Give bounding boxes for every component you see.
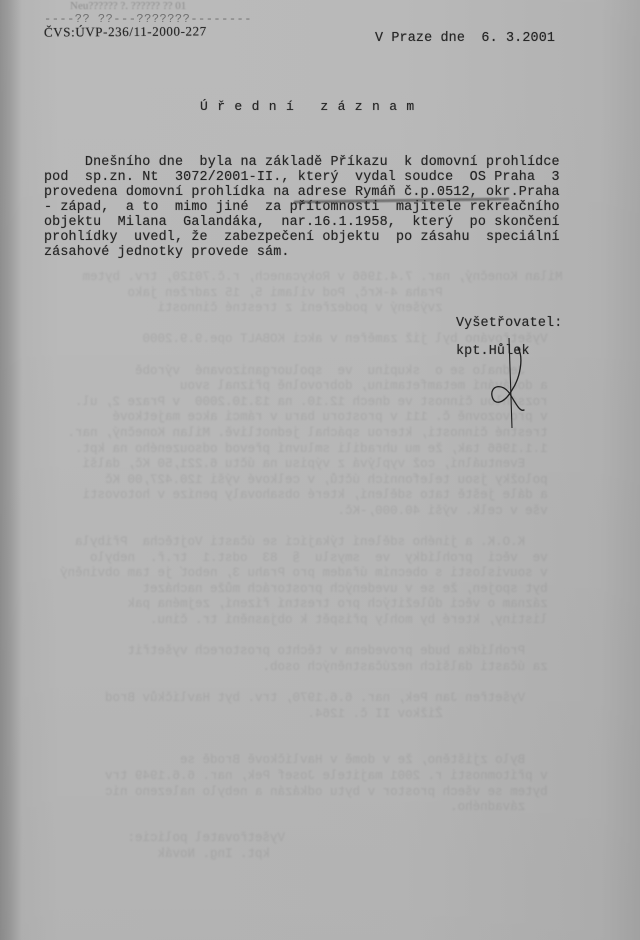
document-page: Milan Konečný, nar. 7.4.1966 v Rokycanec… [0, 0, 640, 940]
body-line: objektu Milana Galandáka, nar.16.1.1958,… [44, 215, 560, 231]
body-line: Dnešního dne byla na základě Příkazu k d… [44, 155, 560, 171]
body-line: zásahové jednotky provede sám. [44, 245, 290, 261]
body-line: prohlídky uvedl, že zabezpečení objektu … [44, 230, 560, 246]
reference-number: ČVS:ÚVP-236/11-2000-227 [44, 23, 207, 40]
handwritten-signature-icon [482, 338, 542, 428]
header-stamp: Neu?????? ?. ?????? ?? 01 [70, 0, 186, 12]
signature-role: Vyšetřovatel: [456, 316, 562, 332]
document-title: Úřední záznam [200, 99, 424, 115]
place-date: V Praze dne 6. 3.2001 [375, 31, 555, 47]
body-line: - západ, a to mimo jiné za přítomnosti m… [44, 200, 560, 216]
body-line: pod sp.zn. Nt 3072/2001-II., který vydal… [44, 170, 560, 186]
